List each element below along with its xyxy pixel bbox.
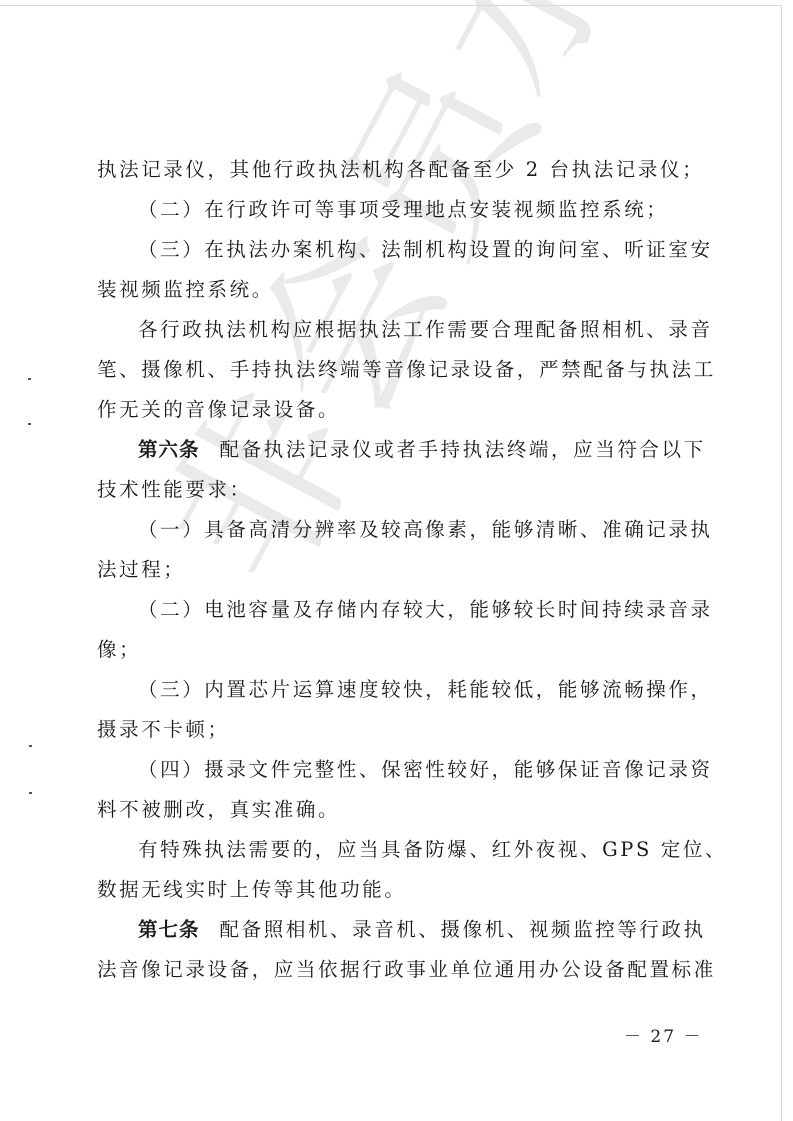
- text-line: 有特殊执法需要的，应当具备防爆、红外夜视、GPS 定位、: [97, 830, 691, 870]
- margin-mark: [29, 745, 32, 747]
- text-line: 数据无线实时上传等其他功能。: [97, 870, 691, 910]
- text-line: 装视频监控系统。: [97, 270, 691, 310]
- page-border-top: [0, 5, 782, 6]
- article-number: 第七条: [138, 918, 200, 941]
- text-line: 各行政执法机构应根据执法工作需要合理配备照相机、录音: [97, 310, 691, 350]
- text-line: 法过程；: [97, 550, 691, 590]
- margin-mark: [28, 423, 31, 425]
- text-line: （二）在行政许可等事项受理地点安装视频监控系统；: [97, 190, 691, 230]
- article-7-heading-line: 第七条配备照相机、录音机、摄像机、视频监控等行政执: [97, 910, 691, 950]
- text-line: （三）内置芯片运算速度较快，耗能较低，能够流畅操作，: [97, 670, 691, 710]
- margin-mark: [29, 792, 32, 794]
- text-line: 笔、摄像机、手持执法终端等音像记录设备，严禁配备与执法工: [97, 350, 691, 390]
- page-border-right: [781, 5, 782, 1121]
- article-6-heading-line: 第六条配备执法记录仪或者手持执法终端，应当符合以下: [97, 430, 691, 470]
- margin-mark: [28, 378, 31, 380]
- page-number: － 27 －: [624, 1022, 702, 1047]
- text-line: （三）在执法办案机构、法制机构设置的询问室、听证室安: [97, 230, 691, 270]
- text-line: （四）摄录文件完整性、保密性较好，能够保证音像记录资: [97, 750, 691, 790]
- text-line: 作无关的音像记录设备。: [97, 390, 691, 430]
- article-number: 第六条: [138, 438, 200, 461]
- text-line: 料不被删改，真实准确。: [97, 790, 691, 830]
- text-line: 法音像记录设备，应当依据行政事业单位通用办公设备配置标准: [97, 950, 691, 990]
- text-line: 像；: [97, 630, 691, 670]
- text-line: 执法记录仪，其他行政执法机构各配备至少 2 台执法记录仪；: [97, 150, 691, 190]
- text-line: （一）具备高清分辨率及较高像素，能够清晰、准确记录执: [97, 510, 691, 550]
- document-body: 执法记录仪，其他行政执法机构各配备至少 2 台执法记录仪； （二）在行政许可等事…: [97, 150, 691, 990]
- text-line: 摄录不卡顿；: [97, 710, 691, 750]
- text-line: （二）电池容量及存储内存较大，能够较长时间持续录音录: [97, 590, 691, 630]
- text-line: 技术性能要求：: [97, 470, 691, 510]
